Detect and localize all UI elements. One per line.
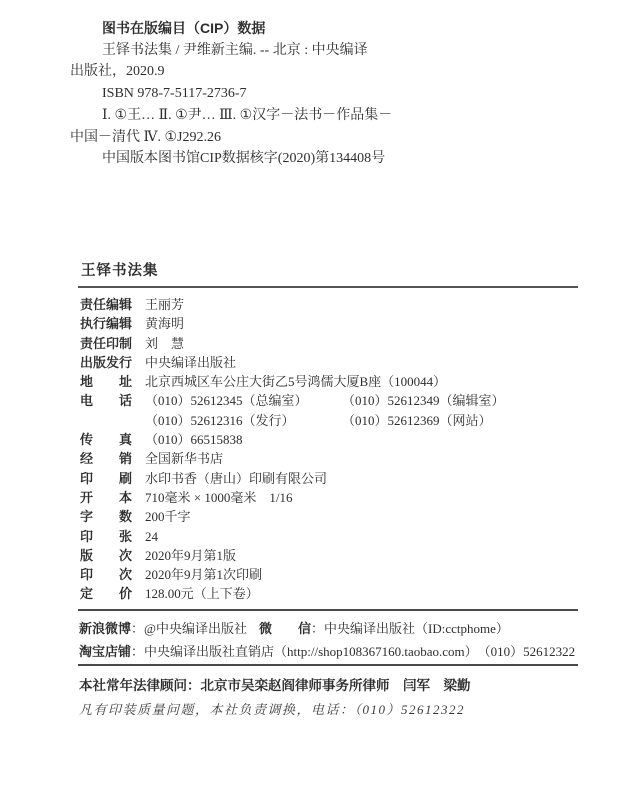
row-edition: 版 次2020年9月第1版 (80, 546, 620, 565)
info-label: 开 本 (80, 488, 133, 507)
row-format: 开 本710毫米 × 1000毫米 1/16 (80, 488, 620, 507)
weibo-value: ：@中央编译出版社 (131, 621, 247, 636)
cip-classification-line1: Ⅰ. ①王… Ⅱ. ①尹… Ⅲ. ①汉字－法书－作品集－ (0, 105, 640, 127)
info-value: 王丽芳 (145, 297, 184, 312)
info-value: 2020年9月第1次印刷 (145, 567, 262, 582)
info-value: 刘 慧 (145, 336, 184, 351)
legal-advisor-line: 本社常年法律顾问：北京市吴栾赵阎律师事务所律师 闫军 梁勤 (79, 674, 624, 698)
info-label: 经 销 (80, 449, 133, 468)
info-label: 传 真 (80, 430, 133, 449)
row-sheets: 印 张24 (80, 527, 620, 546)
info-value: 黄海明 (145, 316, 184, 331)
taobao-value: ：中央编译出版社直销店（http://shop108367160.taobao.… (131, 644, 575, 659)
info-value: （010）52612316（发行） (145, 411, 342, 430)
cip-block: 图书在版编目（CIP）数据 王铎书法集 / 尹维新主编. -- 北京 : 中央编… (0, 18, 640, 170)
row-distribution: 经 销全国新华书店 (80, 449, 620, 468)
info-label: 字 数 (80, 507, 133, 526)
info-value: 2020年9月第1版 (145, 548, 236, 563)
cip-title-line: 王铎书法集 / 尹维新主编. -- 北京 : 中央编译 (0, 40, 640, 62)
info-value: 710毫米 × 1000毫米 1/16 (145, 490, 292, 505)
book-title: 王铎书法集 (81, 259, 159, 280)
info-label: 版 次 (80, 546, 133, 565)
legal-block: 本社常年法律顾问：北京市吴栾赵阎律师事务所律师 闫军 梁勤 凡有印装质量问题，本… (79, 674, 624, 721)
info-value: （010）52612345（总编室） (145, 391, 342, 410)
info-label: 执行编辑 (80, 314, 133, 333)
cip-classification-line2: 中国－清代 Ⅳ. ①J292.26 (0, 127, 640, 149)
info-label: 地 址 (80, 372, 133, 391)
info-label: 印 刷 (80, 469, 133, 488)
row-phone-1: 电 话（010）52612345（总编室）（010）52612349（编辑室） (80, 391, 620, 410)
cip-heading: 图书在版编目（CIP）数据 (0, 18, 640, 40)
info-value: 24 (145, 529, 158, 544)
row-print-supervisor: 责任印制刘 慧 (80, 334, 620, 353)
row-publisher: 出版发行中央编译出版社 (80, 353, 620, 372)
info-value: 中央编译出版社 (145, 355, 236, 370)
info-value: 北京西城区车公庄大街乙5号鸿儒大厦B座（100044） (145, 374, 446, 389)
taobao-label: 淘宝店铺 (79, 644, 131, 659)
row-managing-editor: 责任编辑王丽芳 (80, 295, 620, 314)
info-value: （010）66515838 (145, 432, 243, 447)
info-value-2: （010）52612349（编辑室） (342, 393, 505, 408)
row-impression: 印 次2020年9月第1次印刷 (80, 565, 620, 584)
info-value: 水印书香（唐山）印刷有限公司 (145, 471, 327, 486)
info-label: 印 次 (80, 565, 133, 584)
info-value: 全国新华书店 (145, 451, 223, 466)
wechat-label: 微 信 (259, 621, 311, 636)
cip-isbn: ISBN 978-7-5117-2736-7 (0, 83, 640, 105)
row-word-count: 字 数200千字 (80, 507, 620, 526)
info-label: 定 价 (80, 584, 133, 603)
weibo-wechat-line: 新浪微博：@中央编译出版社微 信：中央编译出版社（ID:cctphome） (79, 617, 624, 640)
info-label: 责任编辑 (80, 295, 133, 314)
info-value: 200千字 (145, 509, 191, 524)
info-label: 印 张 (80, 527, 133, 546)
info-value-2: （010）52612369（网站） (342, 413, 492, 428)
social-divider-bottom (78, 664, 578, 666)
quality-notice-line: 凡有印装质量问题，本社负责调换，电话：（010）52612322 (79, 698, 624, 722)
row-fax: 传 真（010）66515838 (80, 430, 620, 449)
copyright-page: 图书在版编目（CIP）数据 王铎书法集 / 尹维新主编. -- 北京 : 中央编… (0, 0, 640, 800)
info-value: 128.00元（上下卷） (145, 586, 259, 601)
title-divider (78, 286, 578, 288)
row-phone-2: （010）52612316（发行）（010）52612369（网站） (80, 411, 620, 430)
row-executive-editor: 执行编辑黄海明 (80, 314, 620, 333)
social-divider-top (78, 609, 578, 611)
row-printer: 印 刷水印书香（唐山）印刷有限公司 (80, 469, 620, 488)
cip-publisher-line: 出版社，2020.9 (0, 61, 640, 83)
info-label: 电 话 (80, 391, 133, 410)
info-label: 出版发行 (80, 353, 133, 372)
row-price: 定 价128.00元（上下卷） (80, 584, 620, 603)
row-address: 地 址北京西城区车公庄大街乙5号鸿儒大厦B座（100044） (80, 372, 620, 391)
social-block: 新浪微博：@中央编译出版社微 信：中央编译出版社（ID:cctphome） 淘宝… (79, 617, 624, 663)
info-label: 责任印制 (80, 334, 133, 353)
cip-record-number: 中国版本图书馆CIP数据核字(2020)第134408号 (0, 148, 640, 170)
publication-info: 责任编辑王丽芳 执行编辑黄海明 责任印制刘 慧 出版发行中央编译出版社 地 址北… (80, 295, 620, 604)
wechat-value: ：中央编译出版社（ID:cctphome） (311, 621, 509, 636)
weibo-label: 新浪微博 (79, 621, 131, 636)
taobao-line: 淘宝店铺：中央编译出版社直销店（http://shop108367160.tao… (79, 640, 624, 663)
